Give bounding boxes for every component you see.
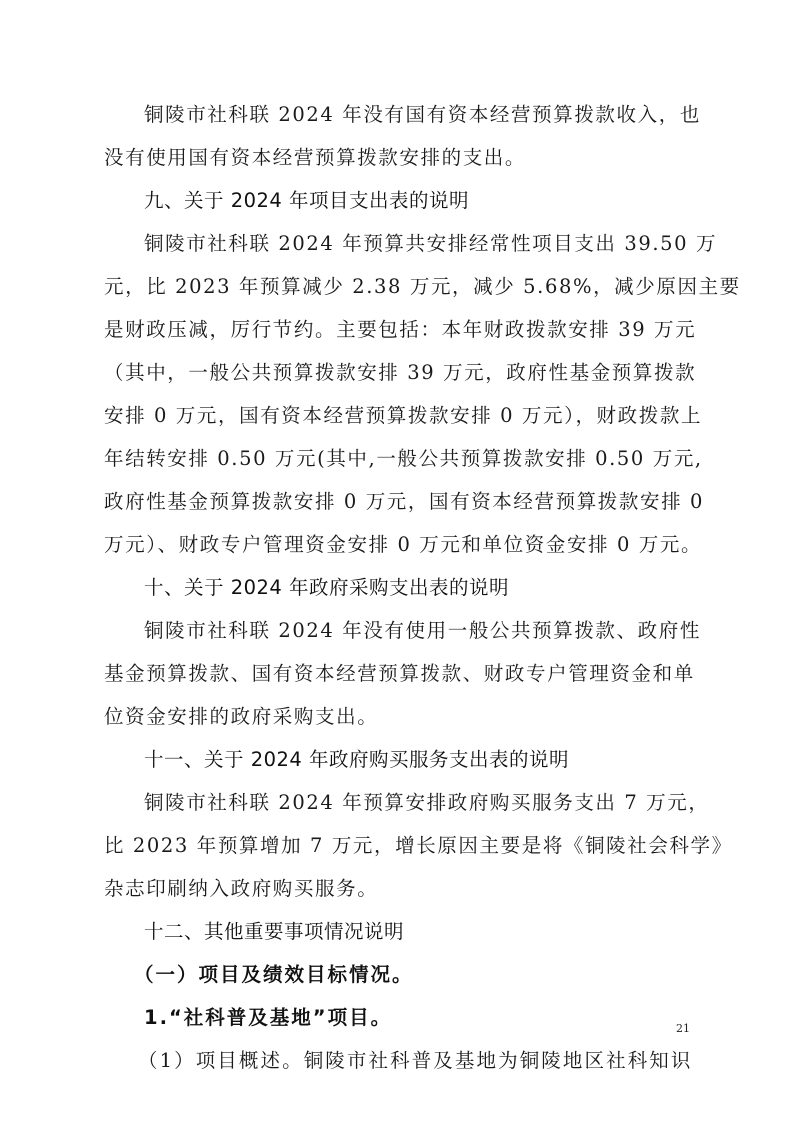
- paragraph-line: （1）项目概述。铜陵市社科普及基地为铜陵地区社科知识: [104, 1046, 692, 1076]
- subheading-project-1: 1.“社科普及基地”项目。: [104, 1003, 692, 1033]
- section-heading-10: 十、关于 2024 年政府采购支出表的说明: [104, 573, 692, 603]
- paragraph-line: （其中，一般公共预算拨款安排 39 万元，政府性基金预算拨款: [104, 358, 692, 388]
- paragraph-line: 万元）、财政专户管理资金安排 0 万元和单位资金安排 0 万元。: [104, 530, 692, 560]
- paragraph-line: 位资金安排的政府采购支出。: [104, 702, 692, 732]
- paragraph-line: 铜陵市社科联 2024 年预算共安排经常性项目支出 39.50 万: [104, 229, 692, 259]
- section-heading-12: 十二、其他重要事项情况说明: [104, 917, 692, 947]
- paragraph-line: 铜陵市社科联 2024 年预算安排政府购买服务支出 7 万元，: [104, 788, 692, 818]
- paragraph-line: 元，比 2023 年预算减少 2.38 万元，减少 5.68%，减少原因主要: [104, 272, 692, 302]
- paragraph-line: 没有使用国有资本经营预算拨款安排的支出。: [104, 143, 692, 173]
- paragraph-line: 杂志印刷纳入政府购买服务。: [104, 874, 692, 904]
- paragraph-line: 铜陵市社科联 2024 年没有使用一般公共预算拨款、政府性: [104, 616, 692, 646]
- paragraph-line: 年结转安排 0.50 万元(其中,一般公共预算拨款安排 0.50 万元,: [104, 444, 692, 474]
- section-heading-11: 十一、关于 2024 年政府购买服务支出表的说明: [104, 745, 692, 775]
- paragraph-line: 安排 0 万元，国有资本经营预算拨款安排 0 万元），财政拨款上: [104, 401, 692, 431]
- section-heading-9: 九、关于 2024 年项目支出表的说明: [104, 186, 692, 216]
- page-number: 21: [676, 1022, 690, 1035]
- paragraph-line: 政府性基金预算拨款安排 0 万元，国有资本经营预算拨款安排 0: [104, 487, 692, 517]
- paragraph-line: 是财政压减，厉行节约。主要包括：本年财政拨款安排 39 万元: [104, 315, 692, 345]
- paragraph-line: 铜陵市社科联 2024 年没有国有资本经营预算拨款收入，也: [104, 100, 692, 130]
- paragraph-line: 比 2023 年预算增加 7 万元，增长原因主要是将《铜陵社会科学》: [104, 831, 692, 861]
- subheading-project-goals: （一）项目及绩效目标情况。: [104, 960, 692, 990]
- paragraph-line: 基金预算拨款、国有资本经营预算拨款、财政专户管理资金和单: [104, 659, 692, 689]
